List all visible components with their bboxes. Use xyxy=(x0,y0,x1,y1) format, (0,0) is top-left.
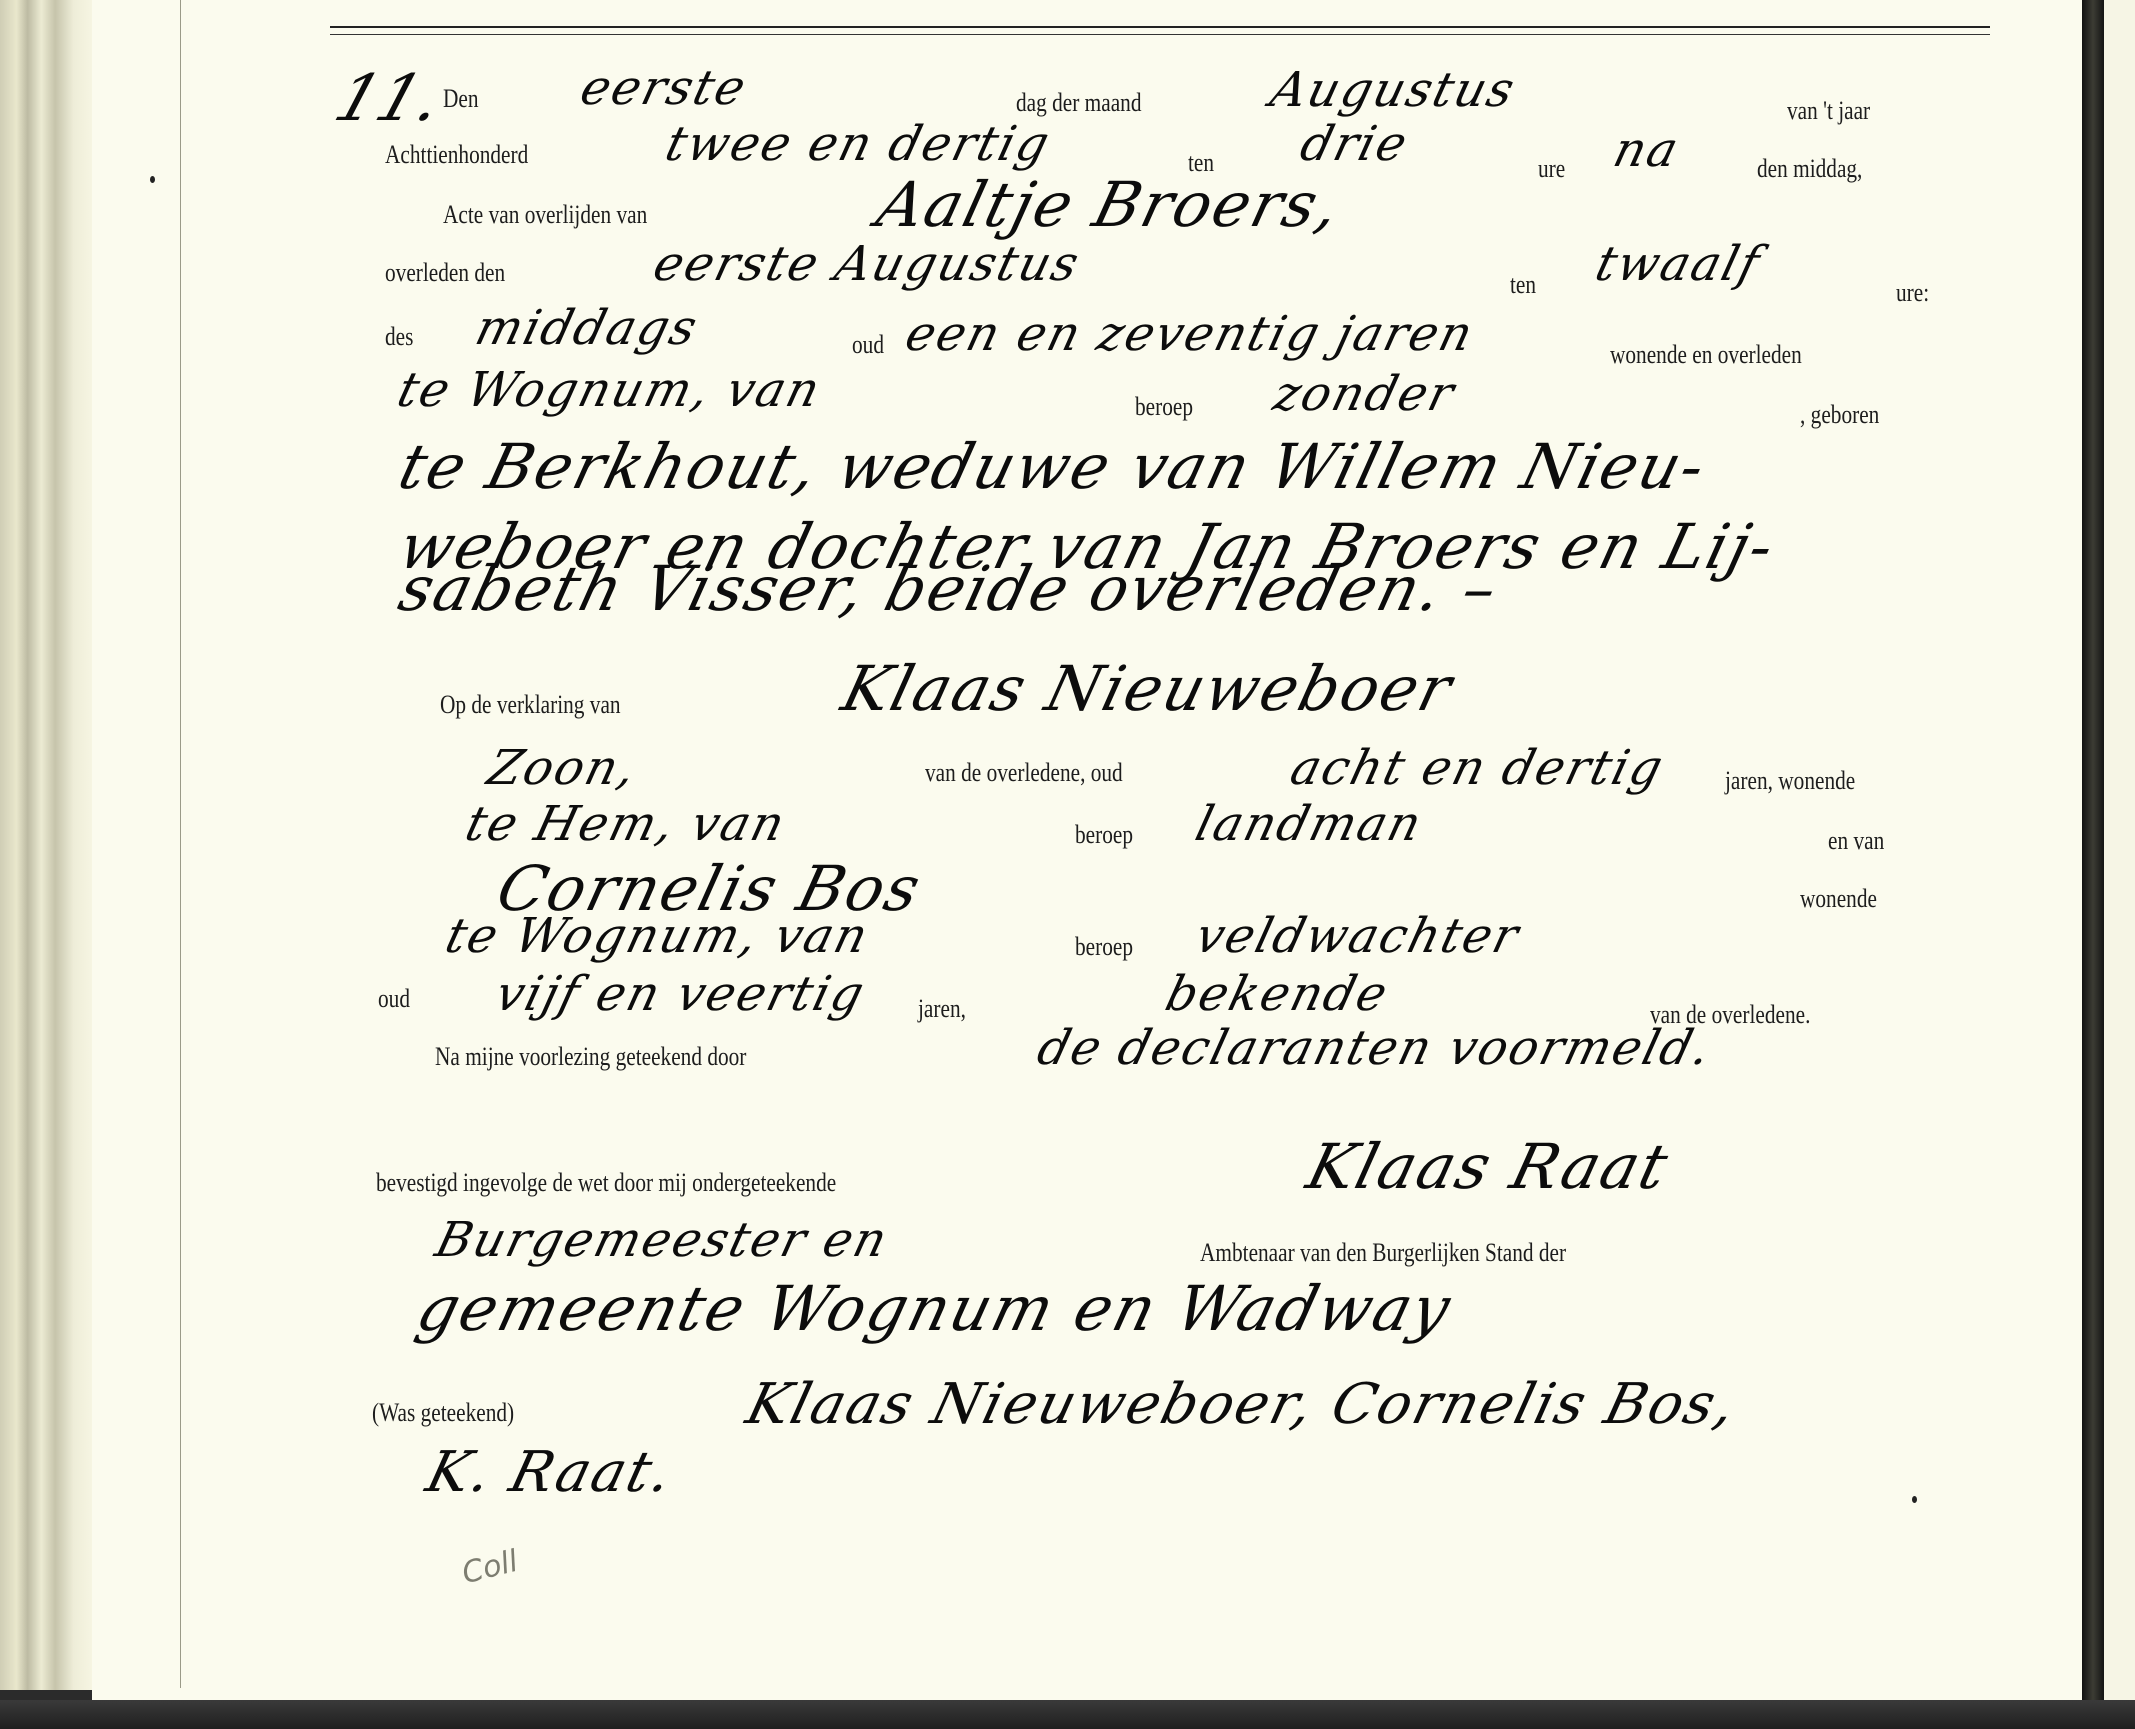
printed-oud-2: oud xyxy=(378,984,410,1014)
handwritten-official-name: Klaas Raat xyxy=(1300,1130,1677,1203)
handwritten-death-date: eerste Augustus xyxy=(648,236,1086,292)
handwritten-month: Augustus xyxy=(1265,62,1522,118)
header-rule xyxy=(330,26,1990,35)
printed-den-middag: den middag, xyxy=(1757,154,1862,184)
margin-line xyxy=(180,0,181,1688)
handwritten-residence: te Wognum, van xyxy=(392,362,827,418)
printed-beroep-3: beroep xyxy=(1075,932,1133,962)
handwritten-municipality: gemeente Wognum en Wadway xyxy=(410,1272,1459,1345)
handwritten-death-hour: twaalf xyxy=(1590,236,1767,292)
handwritten-declarant-1-occupation: landman xyxy=(1190,796,1429,852)
handwritten-parents-line-2: sabeth Visser, beide overleden. – xyxy=(392,552,1506,625)
ink-speck xyxy=(1912,1496,1917,1503)
handwritten-declarant-2-age: vijf en veertig xyxy=(490,966,871,1022)
handwritten-birthplace-line: te Berkhout, weduwe van Willem Nieu- xyxy=(392,430,1714,503)
handwritten-relation-2: bekende xyxy=(1160,966,1395,1022)
handwritten-day: eerste xyxy=(575,60,753,116)
printed-op-de-verklaring-van: Op de verklaring van xyxy=(440,690,621,720)
printed-en-van: en van xyxy=(1828,826,1884,856)
adjacent-page-edge xyxy=(2104,0,2135,1710)
handwritten-hour: drie xyxy=(1295,116,1414,172)
book-shadow xyxy=(0,1700,2135,1729)
register-page xyxy=(92,0,2092,1702)
handwritten-declarant-1-age: acht en dertig xyxy=(1285,740,1670,796)
printed-jaren: jaren, xyxy=(918,994,966,1024)
handwritten-declarant-2-residence: te Wognum, van xyxy=(440,908,875,964)
handwritten-relation: Zoon, xyxy=(482,740,643,796)
printed-dag-der-maand: dag der maand xyxy=(1016,88,1141,118)
printed-ure: ure xyxy=(1538,154,1565,184)
handwritten-signatures: Klaas Nieuweboer, Cornelis Bos, xyxy=(740,1372,1744,1437)
printed-overleden-den: overleden den xyxy=(385,258,505,288)
printed-oud: oud xyxy=(852,330,884,360)
handwritten-middags: middags xyxy=(470,300,704,356)
printed-des: des xyxy=(385,322,413,352)
handwritten-declarant-1-residence: te Hem, van xyxy=(460,796,792,852)
printed-wonende-2: wonende xyxy=(1800,884,1877,914)
printed-beroep-2: beroep xyxy=(1075,820,1133,850)
ink-speck xyxy=(150,176,155,183)
printed-bevestigd: bevestigd ingevolge de wet door mij onde… xyxy=(376,1168,836,1198)
printed-ure-colon: ure: xyxy=(1896,278,1929,308)
printed-geboren: , geboren xyxy=(1800,400,1879,430)
handwritten-deceased-name: Aaltje Broers, xyxy=(870,168,1349,241)
printed-ambtenaar: Ambtenaar van den Burgerlijken Stand der xyxy=(1200,1238,1566,1268)
handwritten-age: een en zeventig jaren xyxy=(900,306,1480,362)
handwritten-declarant-2-occupation: veldwachter xyxy=(1190,908,1526,964)
printed-jaren-wonende: jaren, wonende xyxy=(1725,766,1855,796)
printed-ten-2: ten xyxy=(1510,270,1536,300)
handwritten-official-title: Burgemeester en xyxy=(430,1212,894,1268)
printed-na-mijne-voorlezing: Na mijne voorlezing geteekend door xyxy=(435,1042,746,1072)
printed-den: Den xyxy=(443,84,479,114)
handwritten-declarant-1: Klaas Nieuweboer xyxy=(835,652,1461,725)
printed-wonende-en-overleden: wonende en overleden xyxy=(1610,340,1802,370)
printed-van-t-jaar: van 't jaar xyxy=(1787,96,1870,126)
printed-achttienhonderd: Achttienhonderd xyxy=(385,140,528,170)
handwritten-occupation: zonder xyxy=(1268,366,1461,422)
printed-van-de-overledene-oud: van de overledene, oud xyxy=(925,758,1123,788)
book-binding xyxy=(2082,0,2104,1729)
left-book-edge xyxy=(0,0,92,1690)
handwritten-signatories: de declaranten voormeld. xyxy=(1032,1020,1718,1076)
printed-was-geteekend: (Was geteekend) xyxy=(372,1398,514,1428)
handwritten-signature-raat: K. Raat. xyxy=(420,1440,680,1505)
printed-acte-van-overlijden: Acte van overlijden van xyxy=(443,200,647,230)
handwritten-year: twee en dertig xyxy=(660,116,1056,172)
printed-beroep: beroep xyxy=(1135,392,1193,422)
